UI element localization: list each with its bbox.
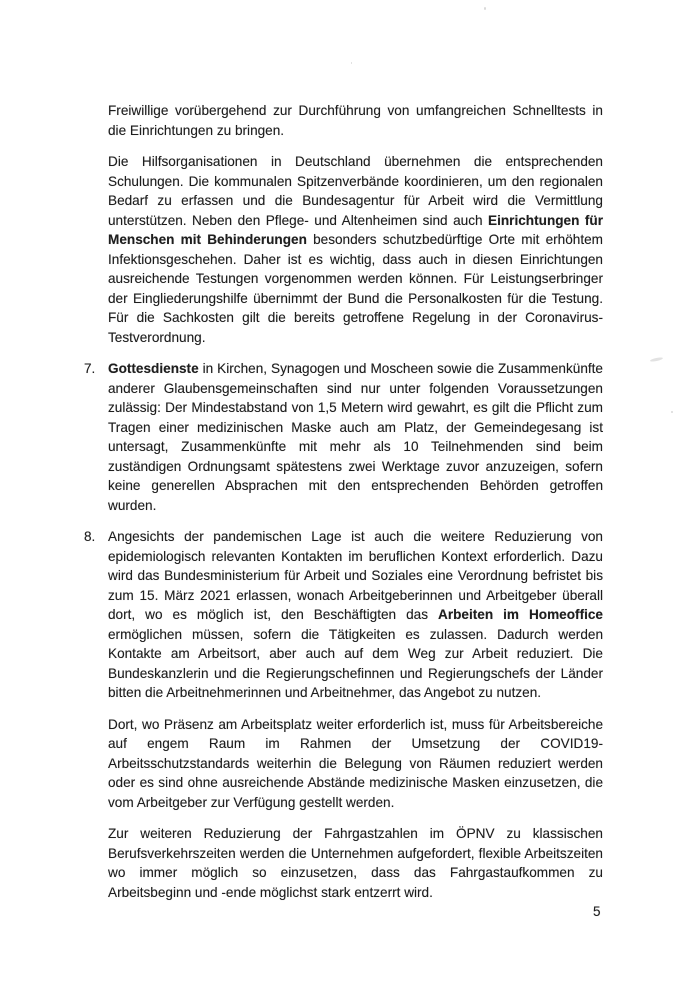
bold-text-homeoffice: Arbeiten im Homeoffice: [438, 607, 603, 622]
paragraph-text: besonders schutzbedürftige Orte mit erhö…: [108, 232, 603, 345]
paragraph-homeoffice: Angesichts der pandemischen Lage ist auc…: [108, 527, 603, 703]
paragraph-text: Zur weiteren Reduzierung der Fahrgastzah…: [108, 826, 603, 900]
scan-speck: [671, 411, 673, 413]
list-marker-7: 7.: [84, 359, 108, 379]
paragraph-schnelltests: Freiwillige vorübergehend zur Durchführu…: [108, 101, 603, 140]
paragraph-oepnv: Zur weiteren Reduzierung der Fahrgastzah…: [108, 824, 603, 902]
document-page: Freiwillige vorübergehend zur Durchführu…: [0, 0, 700, 914]
paragraph-text: in Kirchen, Synagogen und Moscheen sowie…: [108, 361, 603, 513]
page-number: 5: [593, 902, 601, 921]
list-item-7: 7. Gottesdienste in Kirchen, Synagogen u…: [84, 359, 603, 515]
paragraph-hilfsorganisationen: Die Hilfsorganisationen in Deutschland ü…: [108, 152, 603, 347]
paragraph-text: Freiwillige vorübergehend zur Durchführu…: [108, 103, 603, 138]
list-item-8: 8. Angesichts der pandemischen Lage ist …: [84, 527, 603, 703]
list-marker-8: 8.: [84, 527, 108, 547]
paragraph-gottesdienste: Gottesdienste in Kirchen, Synagogen und …: [108, 359, 603, 515]
paragraph-text: Dort, wo Präsenz am Arbeitsplatz weiter …: [108, 717, 603, 810]
bold-text-gottesdienste: Gottesdienste: [108, 361, 199, 376]
paragraph-praesenz-arbeitsplatz: Dort, wo Präsenz am Arbeitsplatz weiter …: [108, 715, 603, 813]
paragraph-text: ermöglichen müssen, sofern die Tätigkeit…: [108, 627, 603, 701]
scan-speck: [351, 62, 352, 64]
scan-speck: [484, 7, 486, 10]
